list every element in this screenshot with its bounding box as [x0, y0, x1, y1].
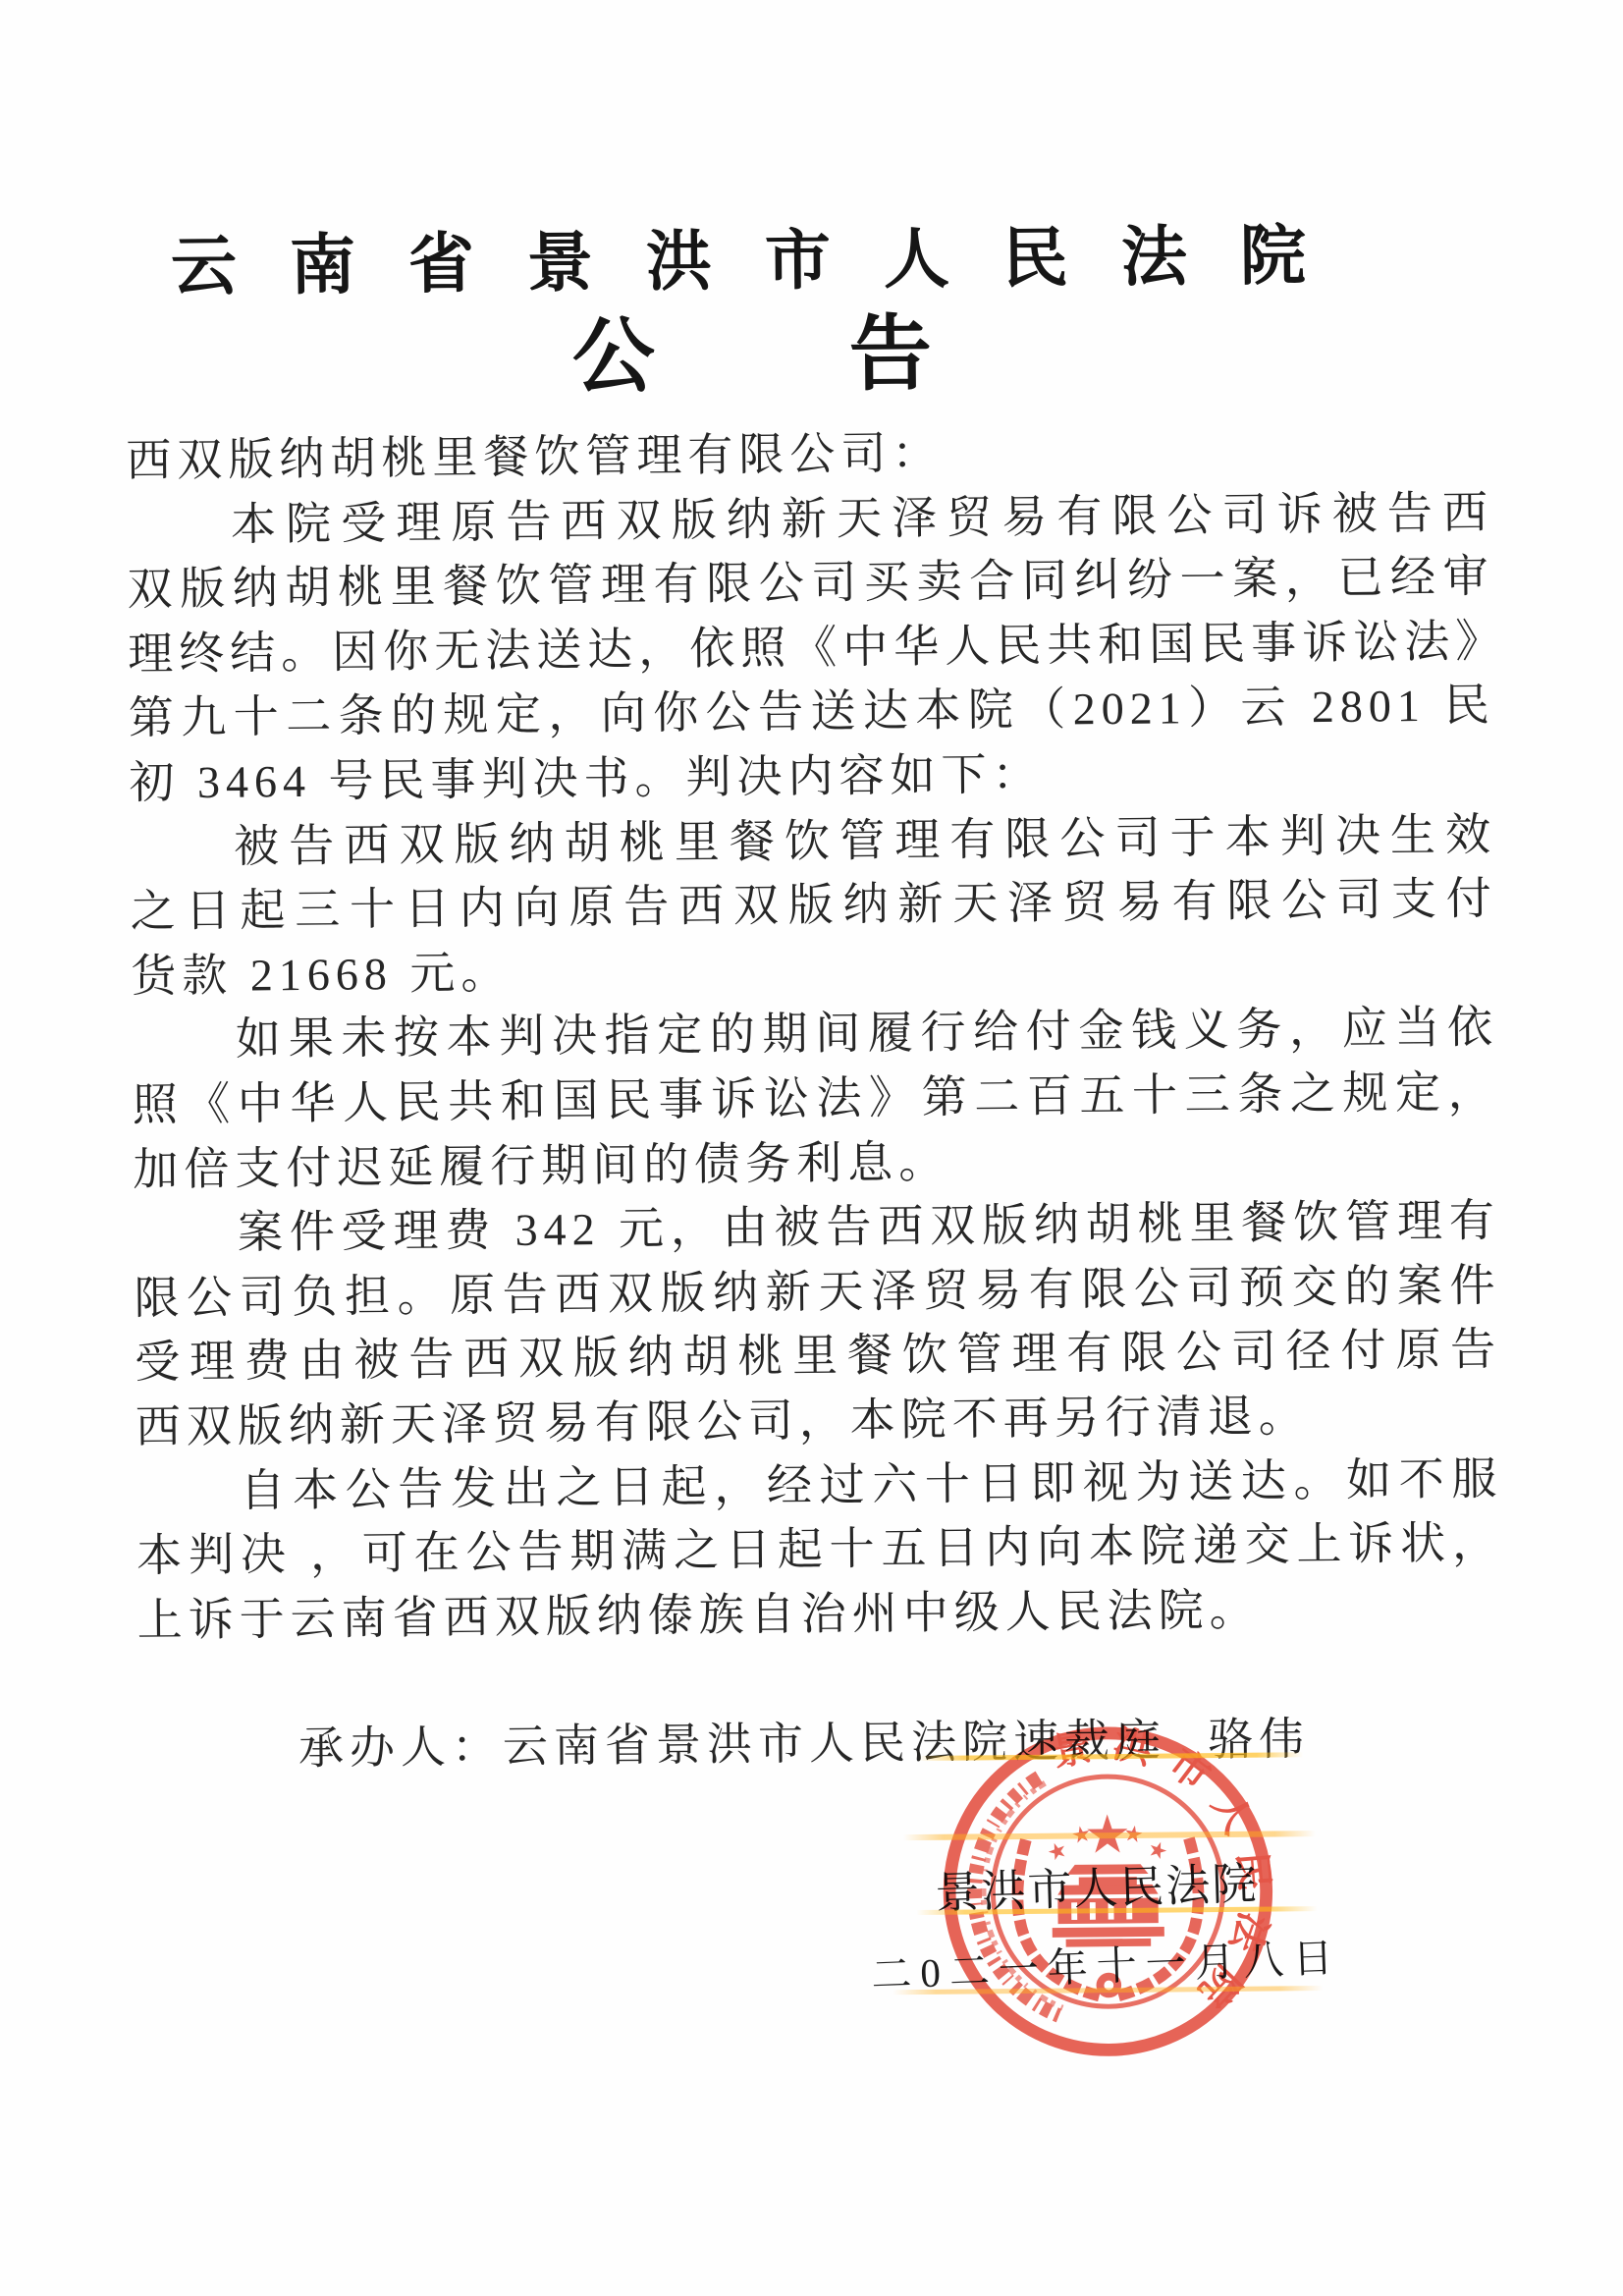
dai-script-band-icon	[973, 1777, 1062, 2016]
body-line: 照《中华人民共和国民事诉讼法》第二百五十三条之规定，	[132, 1060, 1499, 1137]
document-page: 云南省景洪市人民法院 公告 西双版纳胡桃里餐饮管理有限公司： 本院受理原告西双版…	[0, 0, 1623, 2296]
national-emblem-icon	[1017, 1814, 1200, 1999]
official-seal: 景洪市人民法院	[933, 1716, 1283, 2066]
seal-star-icon	[1087, 1814, 1127, 1853]
seal-ring-text: 景洪市人民法院	[1049, 1720, 1278, 2029]
seal-ring-text-arc: 景洪市人民法院	[1049, 1720, 1278, 2029]
body-line: 本判决 ，可在公告期满之日起十五日内向本院递交上诉状，	[136, 1510, 1504, 1588]
notice-title: 公告	[37, 281, 1623, 415]
notice-body: 西双版纳胡桃里餐饮管理有限公司： 本院受理原告西双版纳新天泽贸易有限公司诉被告西…	[126, 415, 1504, 1653]
body-line: 之日起三十日内向原告西双版纳新天泽贸易有限公司支付	[130, 866, 1497, 944]
scanned-content: 云南省景洪市人民法院 公告 西双版纳胡桃里餐饮管理有限公司： 本院受理原告西双版…	[0, 0, 1623, 2296]
body-line: 上诉于云南省西双版纳傣族自治州中级人民法院。	[136, 1575, 1504, 1653]
body-line: 第九十二条的规定，向你公告送达本院（2021）云 2801 民	[129, 674, 1496, 751]
